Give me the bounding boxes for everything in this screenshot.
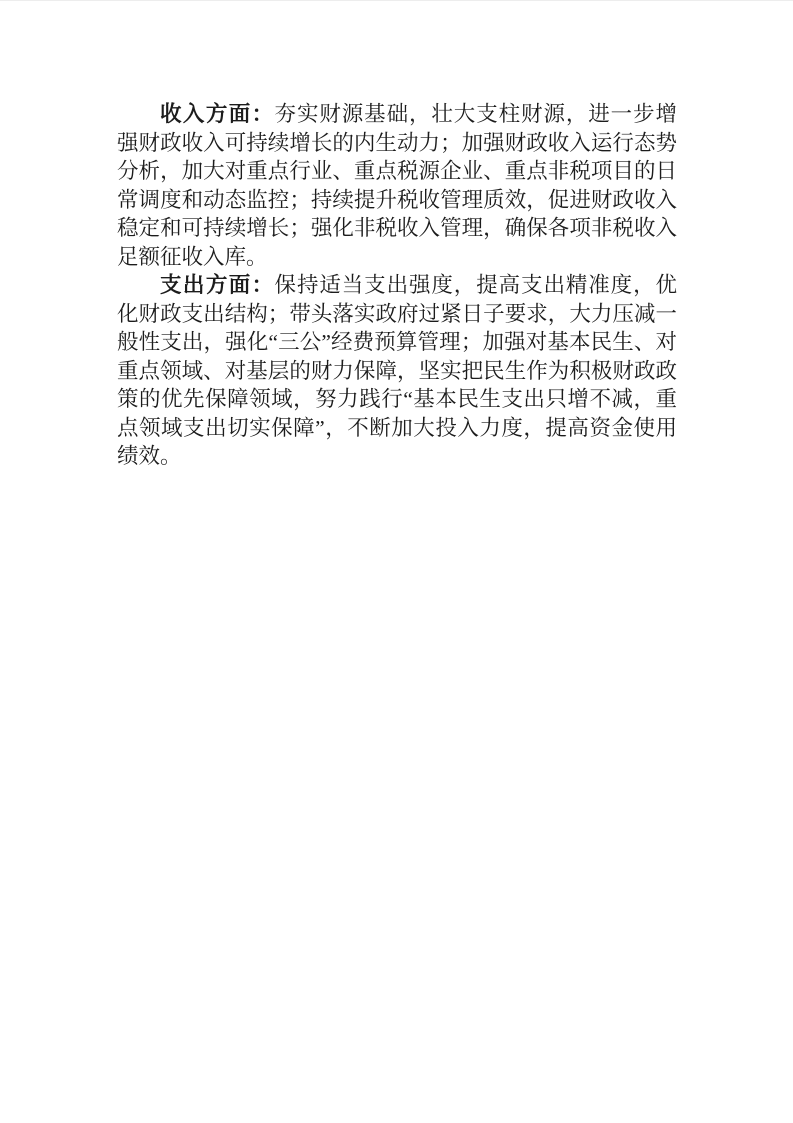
paragraph-expenditure-lead: 支出方面：	[160, 273, 275, 297]
document-page: 收入方面：夯实财源基础，壮大支柱财源，进一步增强财政收入可持续增长的内生动力；加…	[0, 0, 793, 1123]
paragraph-revenue: 收入方面：夯实财源基础，壮大支柱财源，进一步增强财政收入可持续增长的内生动力；加…	[117, 100, 677, 271]
paragraph-revenue-body: 夯实财源基础，壮大支柱财源，进一步增强财政收入可持续增长的内生动力；加强财政收入…	[117, 102, 677, 269]
paragraph-revenue-lead: 收入方面：	[160, 102, 275, 126]
document-text-block: 收入方面：夯实财源基础，壮大支柱财源，进一步增强财政收入可持续增长的内生动力；加…	[117, 100, 677, 471]
paragraph-expenditure-body: 保持适当支出强度，提高支出精准度，优化财政支出结构；带头落实政府过紧日子要求，大…	[117, 273, 677, 468]
paragraph-expenditure: 支出方面：保持适当支出强度，提高支出精准度，优化财政支出结构；带头落实政府过紧日…	[117, 271, 677, 471]
